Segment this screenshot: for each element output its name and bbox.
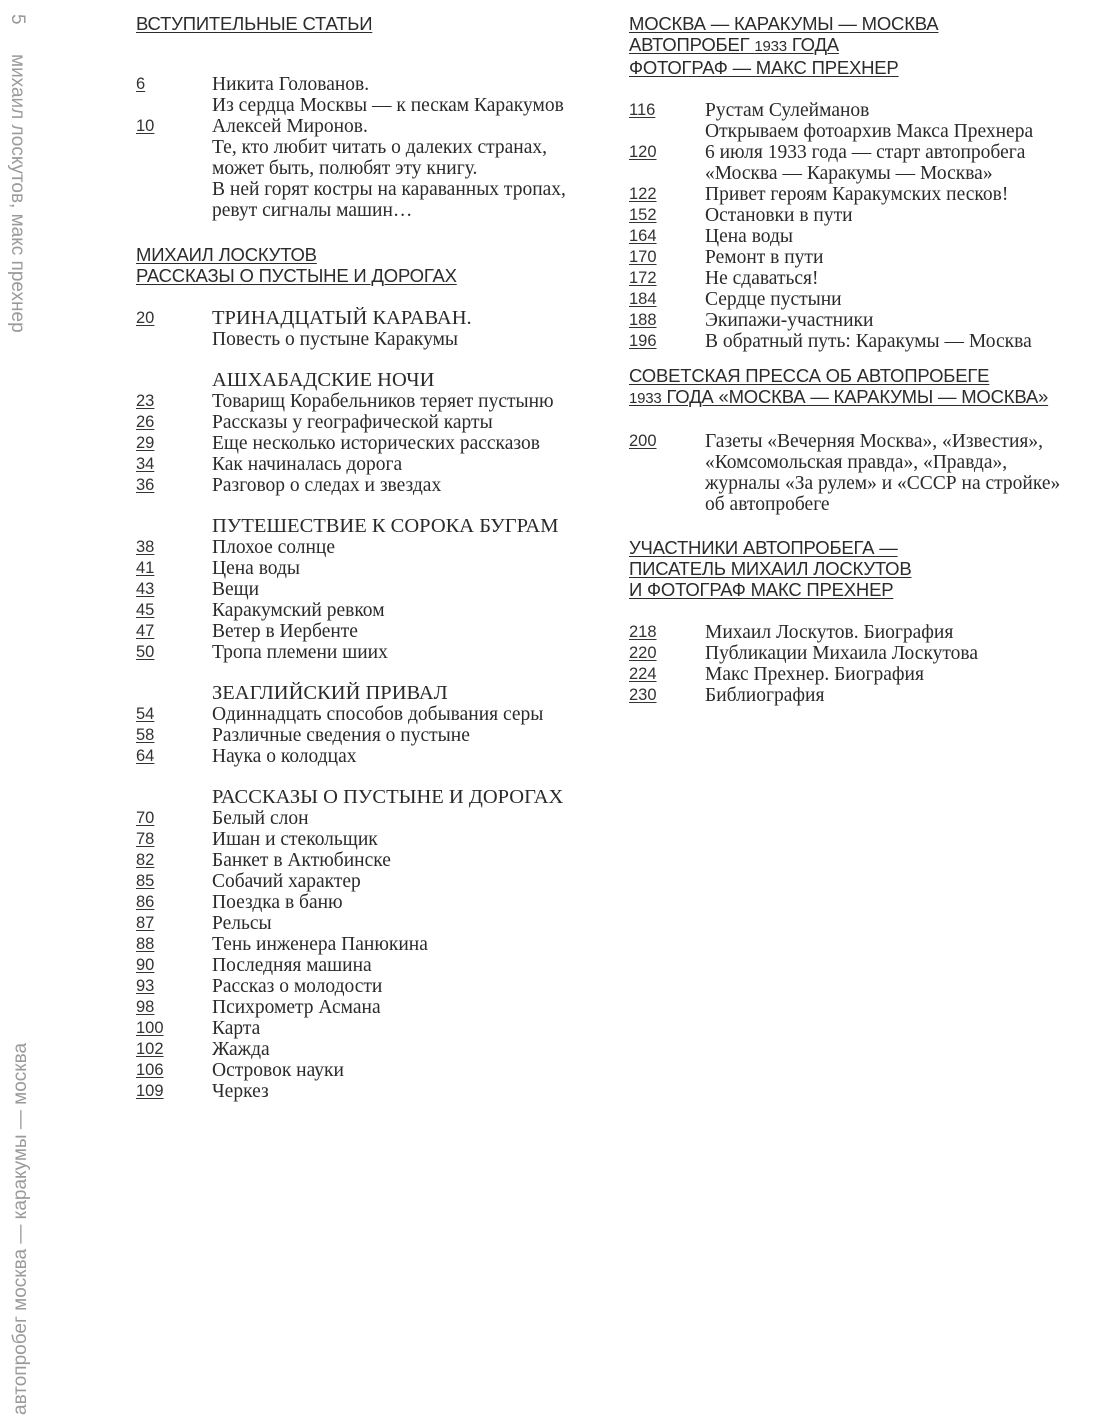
toc-entry[interactable]: 85Собачий характер <box>136 871 606 892</box>
page-link[interactable]: 88 <box>136 934 212 955</box>
loskutov-groups: АШХАБАДСКИЕ НОЧИ23Товарищ Корабельников … <box>136 350 606 1102</box>
entry-title: Ветер в Иербенте <box>212 621 358 642</box>
page-link[interactable]: 34 <box>136 454 212 475</box>
toc-entry[interactable]: 220Публикации Михаила Лоскутова <box>629 643 1107 664</box>
entry-title: Черкез <box>212 1081 269 1102</box>
toc-entry[interactable]: 23Товарищ Корабельников теряет пустыню <box>136 391 606 412</box>
page-link[interactable]: 184 <box>629 289 705 310</box>
page-number: 5 <box>6 14 28 54</box>
page-link[interactable]: 10 <box>136 116 212 221</box>
toc-entry[interactable]: 109Черкез <box>136 1081 606 1102</box>
toc-entry[interactable]: 102Жажда <box>136 1039 606 1060</box>
page-link[interactable]: 29 <box>136 433 212 454</box>
toc-entry[interactable]: 188Экипажи-участники <box>629 310 1107 331</box>
page-link[interactable]: 100 <box>136 1018 212 1039</box>
page-link[interactable]: 70 <box>136 808 212 829</box>
toc-entry[interactable]: 10Алексей Миронов.Те, кто любит читать о… <box>136 116 606 221</box>
toc-entry[interactable]: 98Психрометр Асмана <box>136 997 606 1018</box>
entry-title: Газеты «Вечерняя Москва», «Известия»,«Ко… <box>705 431 1060 515</box>
entry-title: Михаил Лоскутов. Биография <box>705 622 953 643</box>
entry-title: Как начиналась дорога <box>212 454 402 475</box>
subsection-heading: РАССКАЗЫ О ПУСТЫНЕ И ДОРОГАХ <box>136 787 606 808</box>
entry-title: 6 июля 1933 года — старт автопробега«Мос… <box>705 142 1025 184</box>
toc-entry[interactable]: 36Разговор о следах и звездах <box>136 475 606 496</box>
toc-entry[interactable]: 116Рустам СулеймановОткрываем фотоархив … <box>629 100 1107 142</box>
entry-title: Остановки в пути <box>705 205 853 226</box>
entry-title: Банкет в Актюбинске <box>212 850 391 871</box>
entry-title: Никита Голованов.Из сердца Москвы — к пе… <box>212 74 564 116</box>
entry-title: Алексей Миронов.Те, кто любит читать о д… <box>212 116 566 221</box>
page-link[interactable]: 58 <box>136 725 212 746</box>
toc-entry[interactable]: 218Михаил Лоскутов. Биография <box>629 622 1107 643</box>
toc-entry[interactable]: 41Цена воды <box>136 558 606 579</box>
entry-title: Еще несколько исторических рассказов <box>212 433 540 454</box>
toc-entry[interactable]: 34Как начиналась дорога <box>136 454 606 475</box>
page-link[interactable]: 45 <box>136 600 212 621</box>
entry-title: Разговор о следах и звездах <box>212 475 441 496</box>
toc-entry[interactable]: 106Островок науки <box>136 1060 606 1081</box>
entry-title: Библиография <box>705 685 824 706</box>
page-link[interactable]: 36 <box>136 475 212 496</box>
page-link[interactable]: 43 <box>136 579 212 600</box>
entry-title: Вещи <box>212 579 259 600</box>
entry-title: Собачий характер <box>212 871 361 892</box>
toc-entry[interactable]: 1206 июля 1933 года — старт автопробега«… <box>629 142 1107 184</box>
page-link[interactable]: 230 <box>629 685 705 706</box>
toc-entry[interactable]: 93Рассказ о молодости <box>136 976 606 997</box>
section-heading-loskutov: МИХАИЛ ЛОСКУТОВ РАССКАЗЫ О ПУСТЫНЕ И ДОР… <box>136 244 606 286</box>
toc-entry[interactable]: 224Макс Прехнер. Биография <box>629 664 1107 685</box>
entry-title: Последняя машина <box>212 955 372 976</box>
entry-title: Сердце пустыни <box>705 289 842 310</box>
page-link[interactable]: 109 <box>136 1081 212 1102</box>
toc-entry[interactable]: 170Ремонт в пути <box>629 247 1107 268</box>
toc-entry[interactable]: 172Не сдаваться! <box>629 268 1107 289</box>
page-link[interactable]: 86 <box>136 892 212 913</box>
entry-title: Островок науки <box>212 1060 344 1081</box>
toc-entry[interactable]: 38Плохое солнце <box>136 537 606 558</box>
toc-entry[interactable]: 70Белый слон <box>136 808 606 829</box>
entry-title: Публикации Михаила Лоскутова <box>705 643 978 664</box>
page-link[interactable]: 122 <box>629 184 705 205</box>
entry-title: Белый слон <box>212 808 309 829</box>
section-heading-participants: УЧАСТНИКИ АВТОПРОБЕГА — ПИСАТЕЛЬ МИХАИЛ … <box>629 537 1107 600</box>
page-link[interactable]: 26 <box>136 412 212 433</box>
page-link[interactable]: 218 <box>629 622 705 643</box>
rally-entries: 116Рустам СулеймановОткрываем фотоархив … <box>629 100 1107 352</box>
toc-entry[interactable]: 90Последняя машина <box>136 955 606 976</box>
subsection-heading: ЗЕАГЛИЙСКИЙ ПРИВАЛ <box>136 683 606 704</box>
toc-entry[interactable]: 50Тропа племени шиих <box>136 642 606 663</box>
page-link[interactable]: 220 <box>629 643 705 664</box>
page-link[interactable]: 20 <box>136 308 212 350</box>
page-link[interactable]: 78 <box>136 829 212 850</box>
entry-title: Карта <box>212 1018 260 1039</box>
entry-title: Товарищ Корабельников теряет пустыню <box>212 391 554 412</box>
subsection-heading: АШХАБАДСКИЕ НОЧИ <box>136 370 606 391</box>
entry-title: Рельсы <box>212 913 272 934</box>
intro-entries: 6Никита Голованов.Из сердца Москвы — к п… <box>136 74 606 221</box>
entry-title: Каракумский ревком <box>212 600 385 621</box>
toc-entry[interactable]: 100Карта <box>136 1018 606 1039</box>
toc-entry[interactable]: 230Библиография <box>629 685 1107 706</box>
toc-entry[interactable]: 45Каракумский ревком <box>136 600 606 621</box>
entry-title: Жажда <box>212 1039 270 1060</box>
toc-entry[interactable]: 29Еще несколько исторических рассказов <box>136 433 606 454</box>
toc-entry[interactable]: 64Наука о колодцах <box>136 746 606 767</box>
entry-title: Макс Прехнер. Биография <box>705 664 924 685</box>
entry-title: Привет героям Каракумских песков! <box>705 184 1008 205</box>
page-link[interactable]: 93 <box>136 976 212 997</box>
entry-title: Одиннадцать способов добывания серы <box>212 704 543 725</box>
press-entries: 200Газеты «Вечерняя Москва», «Известия»,… <box>629 431 1107 515</box>
toc-entry[interactable]: 47Ветер в Иербенте <box>136 621 606 642</box>
page-link[interactable]: 164 <box>629 226 705 247</box>
toc-entry[interactable]: 88Тень инженера Панюкина <box>136 934 606 955</box>
page-link[interactable]: 102 <box>136 1039 212 1060</box>
toc-entry[interactable]: 164Цена воды <box>629 226 1107 247</box>
toc-entry[interactable]: 184Сердце пустыни <box>629 289 1107 310</box>
entry-title: Ишан и стекольщик <box>212 829 378 850</box>
page-link[interactable]: 85 <box>136 871 212 892</box>
entry-title: Поездка в баню <box>212 892 343 913</box>
toc-entry[interactable]: 152Остановки в пути <box>629 205 1107 226</box>
page-link[interactable]: 116 <box>629 100 705 142</box>
entry-title: Наука о колодцах <box>212 746 357 767</box>
entry-title: Не сдаваться! <box>705 268 818 289</box>
page-link[interactable]: 41 <box>136 558 212 579</box>
page-link[interactable]: 6 <box>136 74 212 116</box>
page-link[interactable]: 170 <box>629 247 705 268</box>
toc-entry[interactable]: 58Различные сведения о пустыне <box>136 725 606 746</box>
toc-entry[interactable]: 6Никита Голованов.Из сердца Москвы — к п… <box>136 74 606 116</box>
entry-title: Тропа племени шиих <box>212 642 388 663</box>
page-link[interactable]: 50 <box>136 642 212 663</box>
page-link[interactable]: 23 <box>136 391 212 412</box>
toc-entry[interactable]: 200Газеты «Вечерняя Москва», «Известия»,… <box>629 431 1107 515</box>
toc-left-column: ВСТУПИТЕЛЬНЫЕ СТАТЬИ 6Никита Голованов.И… <box>136 13 606 1102</box>
toc-entry[interactable]: 86Поездка в баню <box>136 892 606 913</box>
running-header-authors: михаил лоскутов, макс прехнер <box>6 54 28 333</box>
page-link[interactable]: 64 <box>136 746 212 767</box>
entry-title: Рассказ о молодости <box>212 976 382 997</box>
toc-entry[interactable]: 26Рассказы у географической карты <box>136 412 606 433</box>
page-link[interactable]: 38 <box>136 537 212 558</box>
page-link[interactable]: 200 <box>629 431 705 515</box>
entry-title: Экипажи-участники <box>705 310 873 331</box>
entry-title: Плохое солнце <box>212 537 335 558</box>
toc-entry[interactable]: 43Вещи <box>136 579 606 600</box>
section-heading-rally: МОСКВА — КАРАКУМЫ — МОСКВА АВТОПРОБЕГ 19… <box>629 13 1107 78</box>
participants-entries: 218Михаил Лоскутов. Биография220Публикац… <box>629 622 1107 706</box>
entry-title: Различные сведения о пустыне <box>212 725 470 746</box>
section-heading-intro: ВСТУПИТЕЛЬНЫЕ СТАТЬИ <box>136 13 606 34</box>
page-link[interactable]: 172 <box>629 268 705 289</box>
entry-title: Цена воды <box>705 226 793 247</box>
page-link[interactable]: 152 <box>629 205 705 226</box>
entry-title: В обратный путь: Каракумы — Москва <box>705 331 1032 352</box>
toc-entry[interactable]: 20 ТРИНАДЦАТЫЙ КАРАВАН. Повесть о пустын… <box>136 308 606 350</box>
page-link[interactable]: 90 <box>136 955 212 976</box>
toc-right-column: МОСКВА — КАРАКУМЫ — МОСКВА АВТОПРОБЕГ 19… <box>629 13 1107 706</box>
page-link[interactable]: 98 <box>136 997 212 1018</box>
entry-title: Рустам СулеймановОткрываем фотоархив Мак… <box>705 100 1033 142</box>
subsection-heading: ПУТЕШЕСТВИЕ К СОРОКА БУГРАМ <box>136 516 606 537</box>
page-link[interactable]: 106 <box>136 1060 212 1081</box>
entry-title: Цена воды <box>212 558 300 579</box>
running-header-title: автопробег москва — каракумы — москва <box>10 1043 31 1415</box>
entry-title: Психрометр Асмана <box>212 997 381 1018</box>
toc-entry[interactable]: 82Банкет в Актюбинске <box>136 850 606 871</box>
page-link[interactable]: 54 <box>136 704 212 725</box>
page-link[interactable]: 196 <box>629 331 705 352</box>
page-link[interactable]: 188 <box>629 310 705 331</box>
toc-entry[interactable]: 196В обратный путь: Каракумы — Москва <box>629 331 1107 352</box>
page-link[interactable]: 82 <box>136 850 212 871</box>
entry-title: Рассказы у географической карты <box>212 412 493 433</box>
toc-entry[interactable]: 54Одиннадцать способов добывания серы <box>136 704 606 725</box>
page-link[interactable]: 224 <box>629 664 705 685</box>
toc-entry[interactable]: 122Привет героям Каракумских песков! <box>629 184 1107 205</box>
toc-entry[interactable]: 78Ишан и стекольщик <box>136 829 606 850</box>
page-link[interactable]: 87 <box>136 913 212 934</box>
entry-title: Тень инженера Панюкина <box>212 934 428 955</box>
toc-entry[interactable]: 87Рельсы <box>136 913 606 934</box>
page-link[interactable]: 47 <box>136 621 212 642</box>
entry-title: Ремонт в пути <box>705 247 823 268</box>
running-header-bottom: автопробег москва — каракумы — москва <box>6 995 32 1415</box>
running-header-top: 5 михаил лоскутов, макс прехнер <box>6 14 32 374</box>
section-heading-press: СОВЕТСКАЯ ПРЕССА ОБ АВТОПРОБЕГЕ 1933 ГОД… <box>629 365 1107 409</box>
page-link[interactable]: 120 <box>629 142 705 184</box>
